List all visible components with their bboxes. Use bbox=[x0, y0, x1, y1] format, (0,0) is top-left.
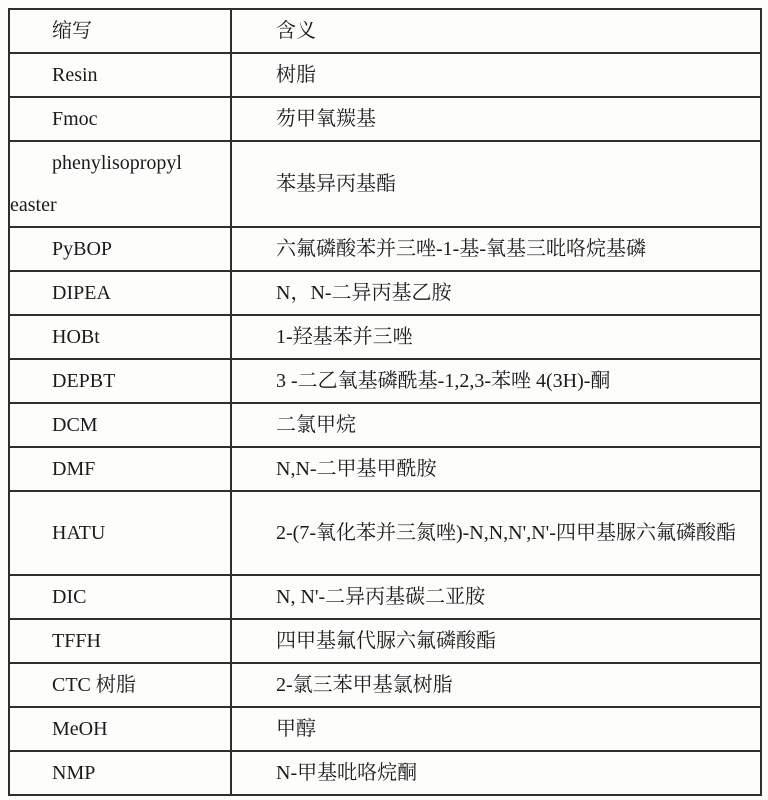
abbr-cell: DMF bbox=[9, 447, 231, 491]
abbr-cell: Fmoc bbox=[9, 97, 231, 141]
table-row: phenylisopropyl easter 苯基异丙基酯 bbox=[9, 141, 761, 227]
meaning-cell: 树脂 bbox=[231, 53, 761, 97]
meaning-cell: 六氟磷酸苯并三唑-1-基-氧基三吡咯烷基磷 bbox=[231, 227, 761, 271]
table-row: PyBOP 六氟磷酸苯并三唑-1-基-氧基三吡咯烷基磷 bbox=[9, 227, 761, 271]
table-row: Fmoc 芴甲氧羰基 bbox=[9, 97, 761, 141]
meaning-cell: 甲醇 bbox=[231, 707, 761, 751]
abbr-cell: Resin bbox=[9, 53, 231, 97]
abbr-cell: TFFH bbox=[9, 619, 231, 663]
table-row: HATU 2-(7-氧化苯并三氮唑)-N,N,N',N'-四甲基脲六氟磷酸酯 bbox=[9, 491, 761, 575]
table-row: HOBt 1-羟基苯并三唑 bbox=[9, 315, 761, 359]
abbr-cell: PyBOP bbox=[9, 227, 231, 271]
abbr-cell: DEPBT bbox=[9, 359, 231, 403]
meaning-cell: 二氯甲烷 bbox=[231, 403, 761, 447]
meaning-cell: 苯基异丙基酯 bbox=[231, 141, 761, 227]
table-row: CTC 树脂 2-氯三苯甲基氯树脂 bbox=[9, 663, 761, 707]
abbr-cell: DIC bbox=[9, 575, 231, 619]
abbr-cell: phenylisopropyl easter bbox=[9, 141, 231, 227]
meaning-cell: N-甲基吡咯烷酮 bbox=[231, 751, 761, 795]
abbr-cell: HATU bbox=[9, 491, 231, 575]
abbr-cell: CTC 树脂 bbox=[9, 663, 231, 707]
table-row: DCM 二氯甲烷 bbox=[9, 403, 761, 447]
header-row: 缩写 含义 bbox=[9, 9, 761, 53]
table-row: TFFH 四甲基氟代脲六氟磷酸酯 bbox=[9, 619, 761, 663]
meaning-cell: 2-氯三苯甲基氯树脂 bbox=[231, 663, 761, 707]
meaning-cell: 2-(7-氧化苯并三氮唑)-N,N,N',N'-四甲基脲六氟磷酸酯 bbox=[231, 491, 761, 575]
table-row: DMF N,N-二甲基甲酰胺 bbox=[9, 447, 761, 491]
meaning-cell: N, N'-二异丙基碳二亚胺 bbox=[231, 575, 761, 619]
meaning-cell: 芴甲氧羰基 bbox=[231, 97, 761, 141]
table-row: DIC N, N'-二异丙基碳二亚胺 bbox=[9, 575, 761, 619]
table-row: DIPEA N，N-二异丙基乙胺 bbox=[9, 271, 761, 315]
abbr-cell: HOBt bbox=[9, 315, 231, 359]
abbr-cell: MeOH bbox=[9, 707, 231, 751]
abbreviation-table: 缩写 含义 Resin 树脂 Fmoc 芴甲氧羰基 phenylisopropy… bbox=[8, 8, 762, 796]
scanned-document-page: 缩写 含义 Resin 树脂 Fmoc 芴甲氧羰基 phenylisopropy… bbox=[0, 0, 768, 800]
meaning-cell: N,N-二甲基甲酰胺 bbox=[231, 447, 761, 491]
table-row: MeOH 甲醇 bbox=[9, 707, 761, 751]
table-row: DEPBT 3 -二乙氧基磷酰基-1,2,3-苯唑 4(3H)-酮 bbox=[9, 359, 761, 403]
table-row: NMP N-甲基吡咯烷酮 bbox=[9, 751, 761, 795]
meaning-cell: 3 -二乙氧基磷酰基-1,2,3-苯唑 4(3H)-酮 bbox=[231, 359, 761, 403]
table-row: Resin 树脂 bbox=[9, 53, 761, 97]
abbr-cell: DIPEA bbox=[9, 271, 231, 315]
abbr-cell: DCM bbox=[9, 403, 231, 447]
column-header-meaning: 含义 bbox=[231, 9, 761, 53]
abbr-cell: NMP bbox=[9, 751, 231, 795]
meaning-cell: N，N-二异丙基乙胺 bbox=[231, 271, 761, 315]
meaning-cell: 四甲基氟代脲六氟磷酸酯 bbox=[231, 619, 761, 663]
column-header-abbr: 缩写 bbox=[9, 9, 231, 53]
meaning-cell: 1-羟基苯并三唑 bbox=[231, 315, 761, 359]
